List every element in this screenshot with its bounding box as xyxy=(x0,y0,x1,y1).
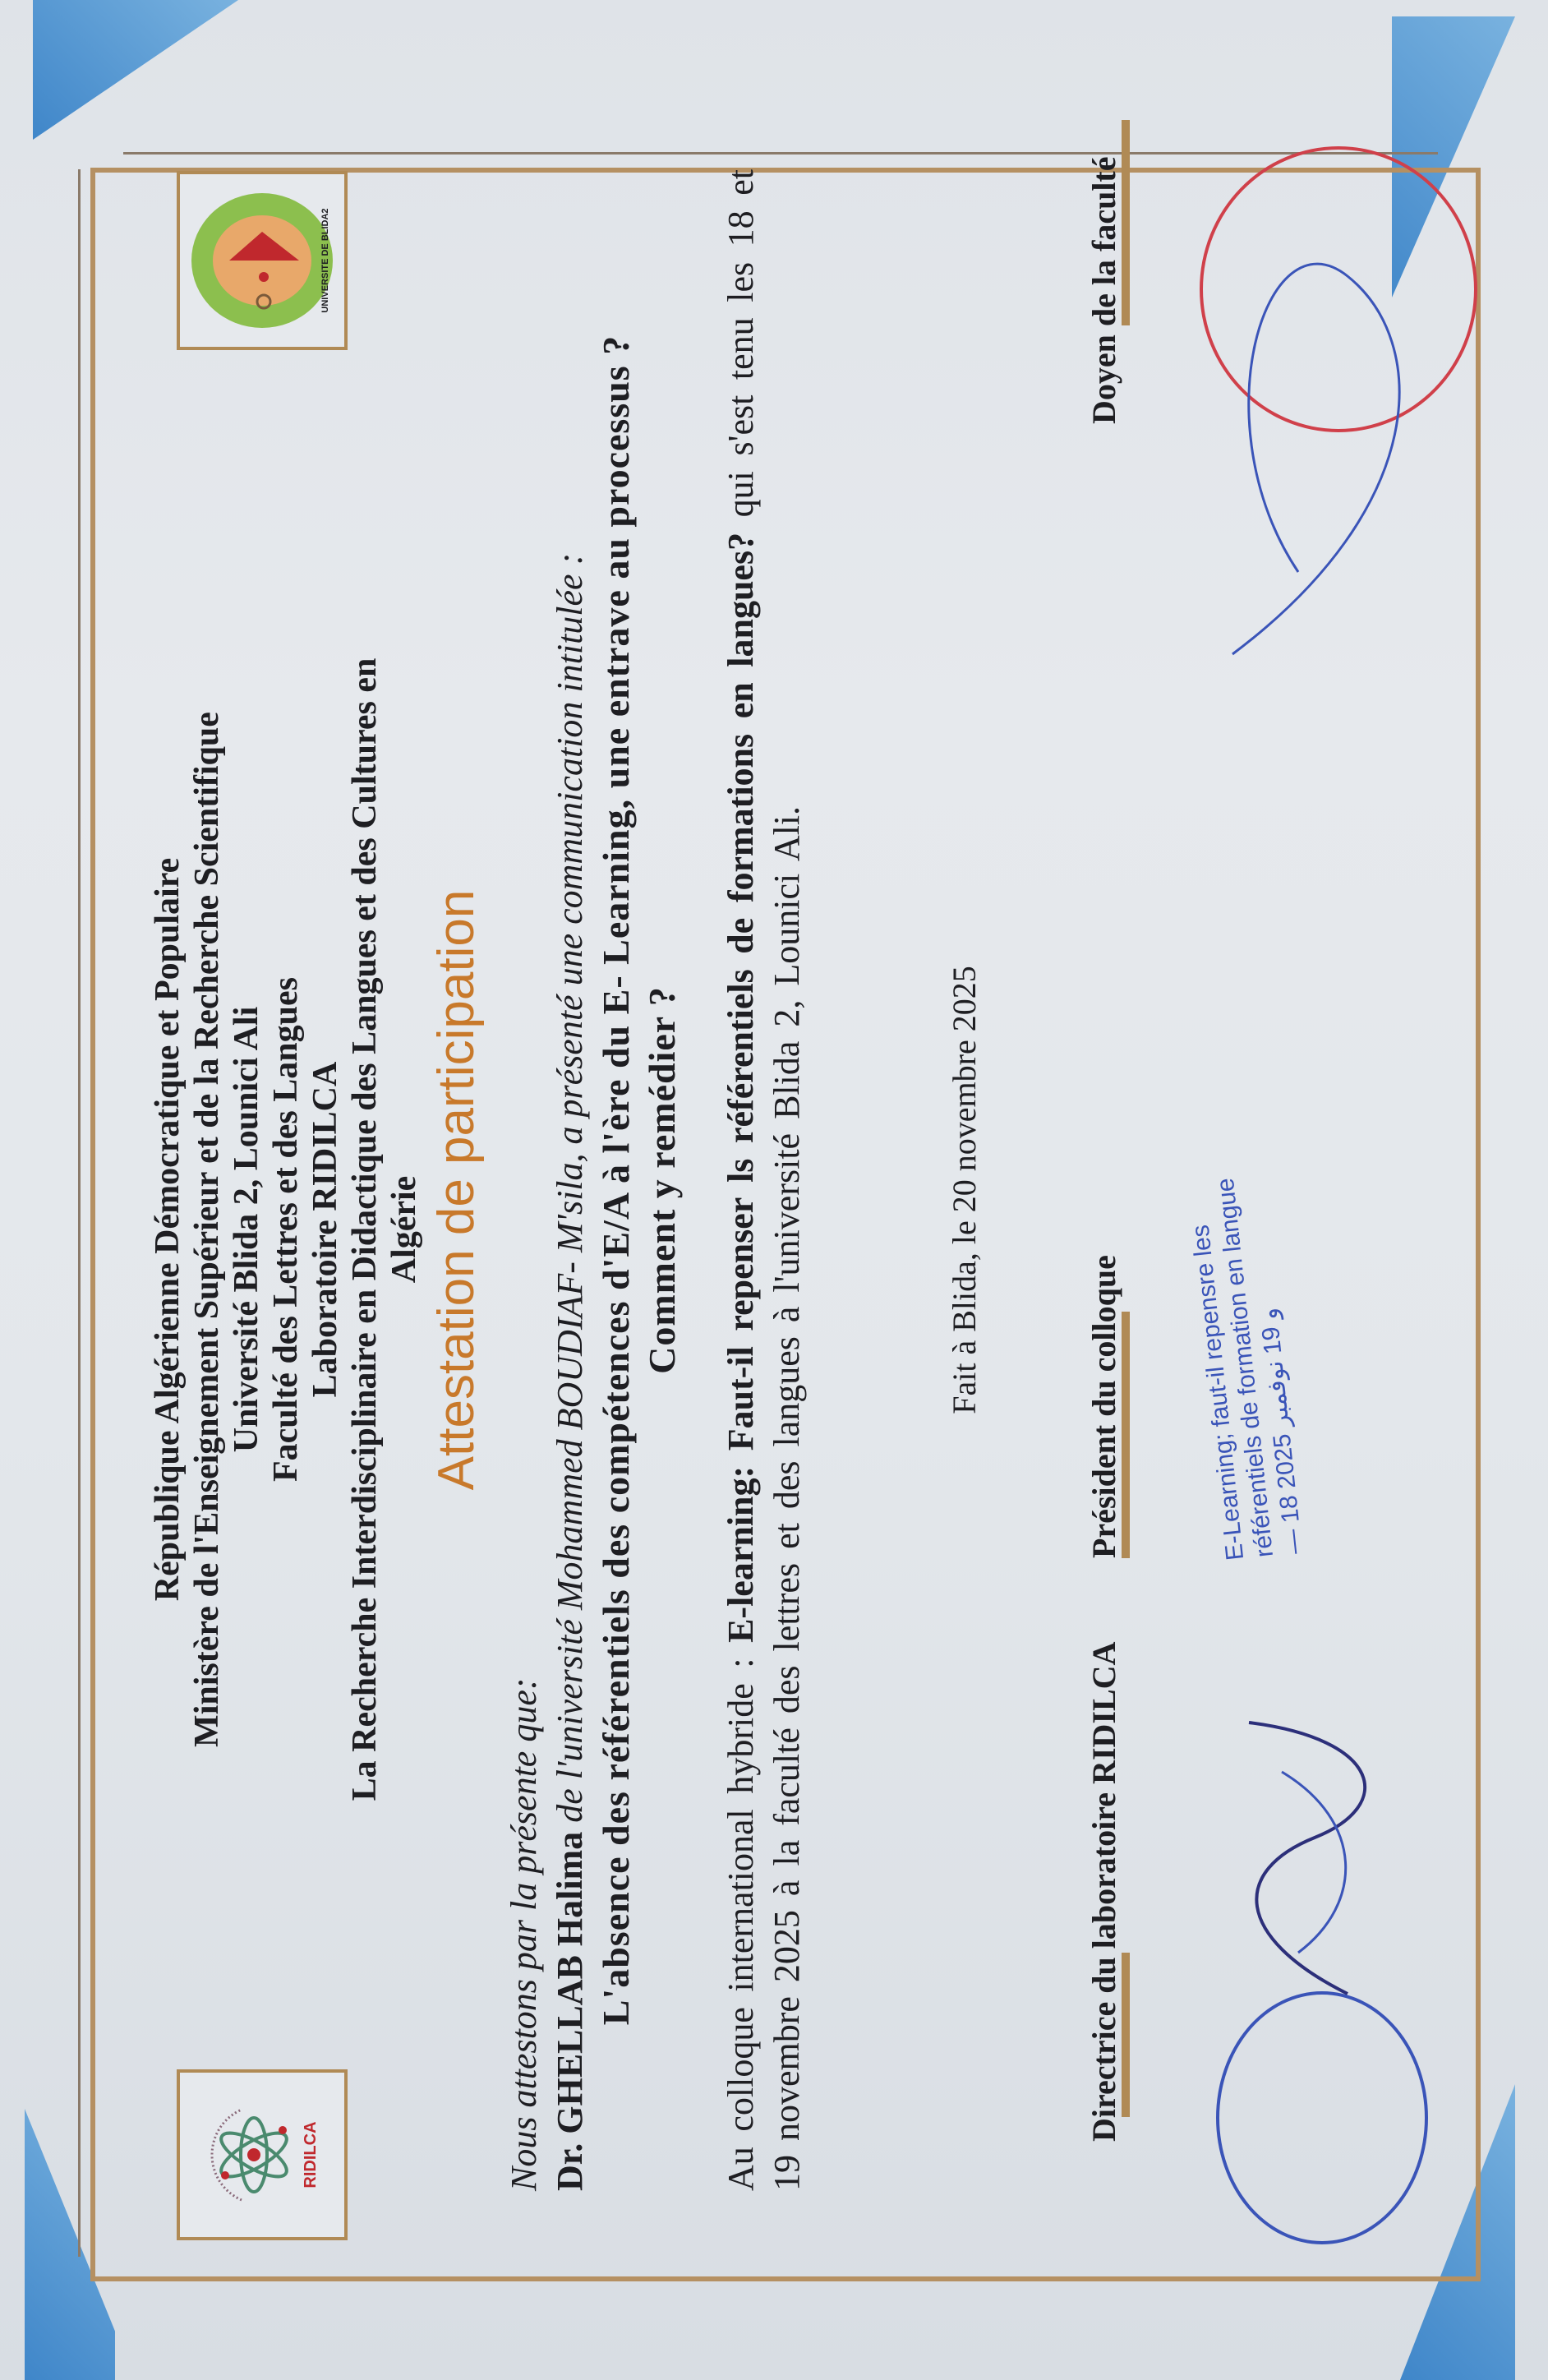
header-line: Laboratoire RIDILCA xyxy=(306,572,345,1887)
participant-line: Dr. GHELLAB Halima de l'université Moham… xyxy=(547,169,593,2191)
frame-line xyxy=(78,169,81,2257)
header-line: Université Blida 2, Lounici Ali xyxy=(227,572,266,1887)
frame-line xyxy=(123,152,1438,155)
colloque-title: E-learning: Faut-il repenser ls référent… xyxy=(721,533,761,1643)
signature-role-dean: Doyen de la faculté xyxy=(1085,156,1123,424)
page-title: Attestation de participation xyxy=(427,0,486,2380)
svg-text:RIDILCA: RIDILCA xyxy=(302,2121,320,2188)
director-signature xyxy=(1200,1706,1413,2002)
lab-stamp xyxy=(1216,1991,1428,2244)
participant-affiliation: de l'université Mohammed BOUDIAF- M'sila… xyxy=(550,553,590,1832)
institution-header: République Algérienne Démocratique et Po… xyxy=(148,572,424,1887)
header-line: Ministère de l'Enseignement Supérieur et… xyxy=(187,572,227,1887)
header-line: Faculté des Lettres et des Langues xyxy=(266,572,306,1887)
intro-text: Nous attestons par la présente que: xyxy=(501,169,547,2191)
communication-title: L'absence des référentiels des compétenc… xyxy=(593,169,685,2191)
signature-role-director: Directrice du laboratoire RIDILCA xyxy=(1085,1642,1123,2142)
corner-decoration xyxy=(33,0,238,140)
certificate-body: Nous attestons par la présente que: Dr. … xyxy=(501,169,810,2191)
dean-signature xyxy=(1183,260,1446,671)
header-line: République Algérienne Démocratique et Po… xyxy=(148,572,187,1887)
signature-rule xyxy=(1122,1312,1130,1558)
university-logo: UNIVERSITE DE BLIDA2 xyxy=(177,171,348,350)
signature-role-president: Président du colloque xyxy=(1085,1255,1123,1558)
signature-rule xyxy=(1122,1953,1130,2117)
ridilca-logo: RIDILCA xyxy=(177,2069,348,2240)
colloque-prefix: Au colloque international hybride : xyxy=(721,1643,761,2191)
colloque-paragraph: Au colloque international hybride : E-le… xyxy=(718,169,810,2191)
participant-name: Dr. GHELLAB Halima xyxy=(550,1832,590,2191)
certificate-page: RIDILCA République Algérienne Démocratiq… xyxy=(0,0,1548,2380)
place-date: Fait à Blida, le 20 novembre 2025 xyxy=(945,0,984,2380)
svg-text:UNIVERSITE DE BLIDA2: UNIVERSITE DE BLIDA2 xyxy=(320,208,330,312)
signature-rule xyxy=(1122,120,1130,325)
header-line: Algérie xyxy=(385,572,424,1887)
header-line: La Recherche Interdisciplinaire en Didac… xyxy=(345,572,385,1887)
atom-icon: RIDILCA xyxy=(192,2085,332,2225)
university-seal-icon: UNIVERSITE DE BLIDA2 xyxy=(188,187,336,334)
